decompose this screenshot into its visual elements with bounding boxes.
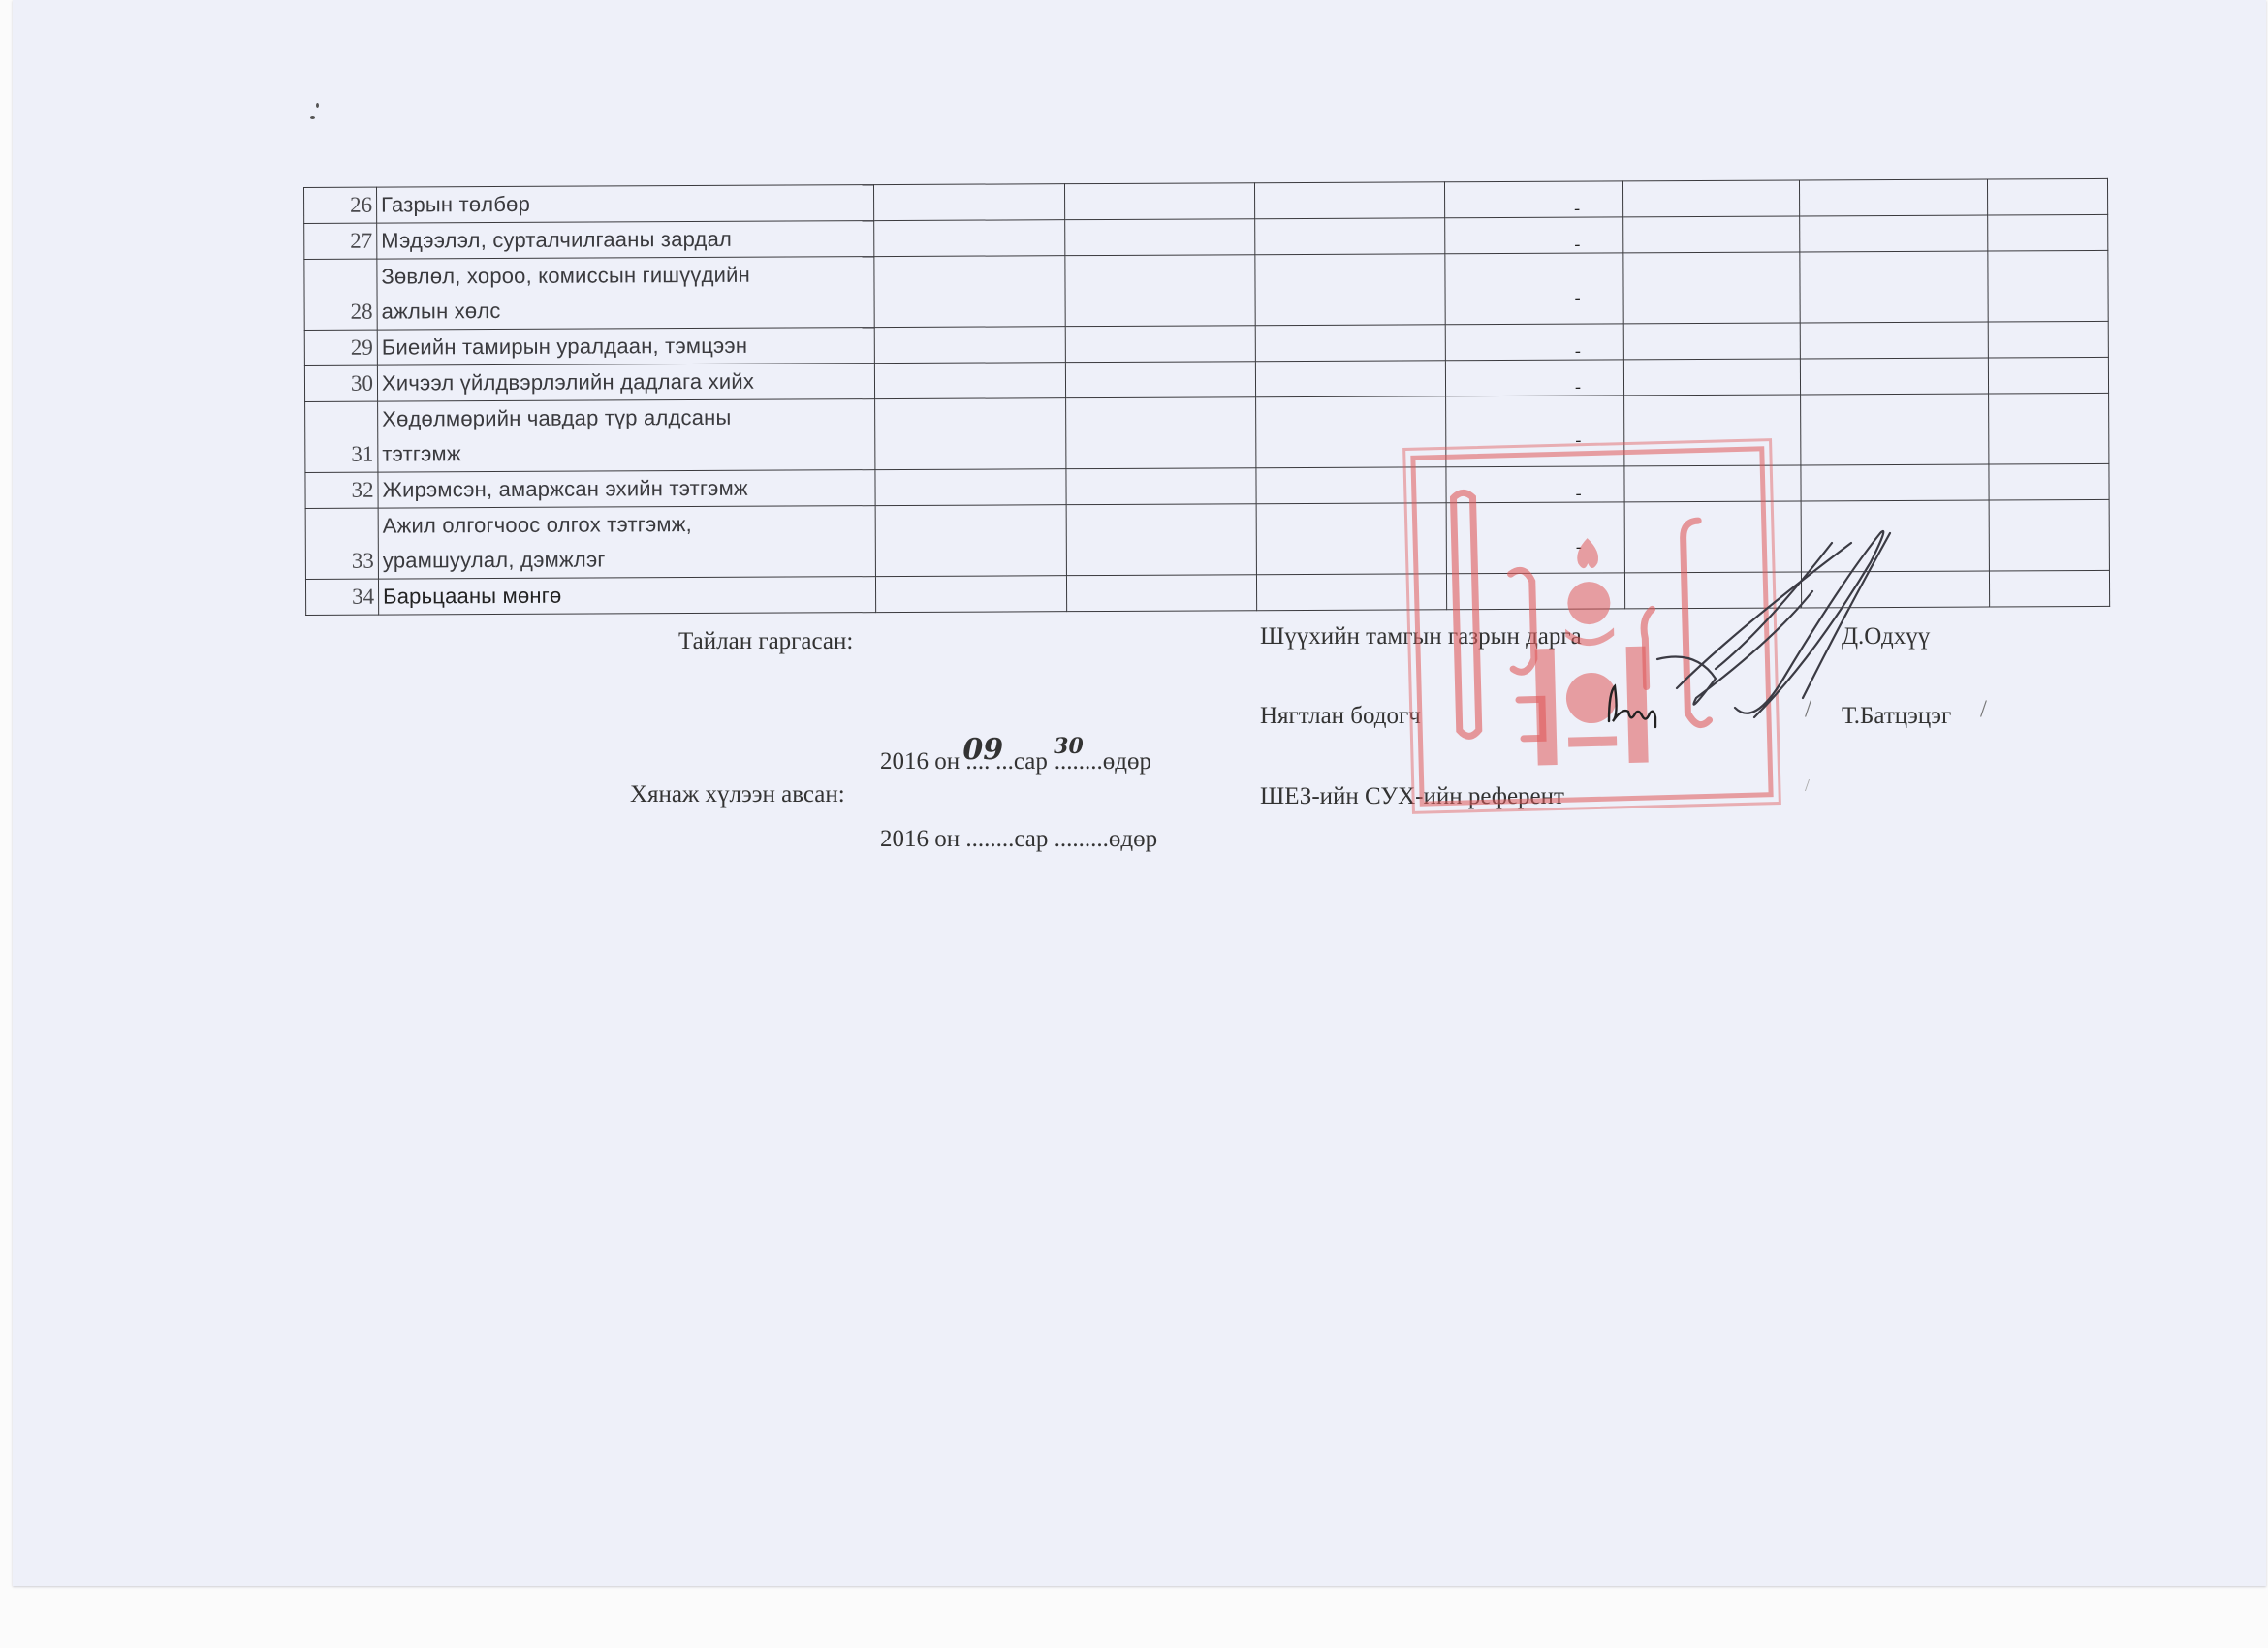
value-cell: [1624, 395, 1801, 466]
value-cell: [1065, 362, 1255, 398]
value-cell: [1623, 216, 1800, 253]
value-cell: [875, 469, 1066, 506]
value-cell: [873, 184, 1064, 221]
value-cell: -: [1444, 181, 1622, 218]
row-label-line: Газрын төлбөр: [381, 185, 873, 222]
value-cell: [1987, 178, 2107, 215]
row-label-line: Мэдээлэл, сурталчилгааны зардал: [381, 221, 873, 258]
value-cell: -: [1445, 253, 1623, 325]
value-cell: [1623, 252, 1800, 324]
value-cell: -: [1445, 324, 1623, 361]
dash-value: -: [1445, 235, 1622, 253]
prepared-date-year: 2016 он: [880, 748, 960, 775]
value-cell: [1800, 358, 1988, 395]
value-cell: [1622, 180, 1799, 217]
scan-speck: [310, 116, 315, 119]
official-title-3: ШЕЗ-ийн СУХ-ийн референт: [1260, 783, 1564, 810]
row-label-line: Биеийн тамирын уралдаан, тэмцээн: [382, 328, 874, 364]
dash-value: -: [1446, 341, 1623, 360]
row-number: 29: [304, 330, 377, 365]
row-label: Биеийн тамирын уралдаан, тэмцээн: [377, 328, 874, 366]
official-name-2: Т.Батцэцэг: [1842, 703, 1966, 730]
value-cell: [1624, 572, 1801, 609]
dash-value: -: [1447, 484, 1624, 502]
value-cell: [1256, 396, 1446, 468]
value-cell: [1066, 504, 1256, 576]
row-label-line: Жирэмсэн, амаржсан эхийн тэтгэмж: [382, 470, 874, 507]
value-cell: [1256, 467, 1446, 504]
value-cell: [1255, 361, 1445, 397]
value-cell: [1446, 573, 1624, 610]
prepared-by-label: Тайлан гаргасан:: [678, 628, 853, 655]
value-cell: [1255, 325, 1445, 362]
reviewed-by-label: Хянаж хүлээн авсан:: [630, 781, 845, 808]
value-cell: [1066, 468, 1256, 505]
value-cell: [1064, 183, 1254, 220]
value-cell: [1989, 499, 2109, 571]
value-cell: [1801, 464, 1989, 501]
row-label-line: Барьцааны мөнгө: [383, 577, 875, 614]
row-label: Хичээл үйлдвэрлэлийн дадлага хийх: [377, 364, 874, 402]
value-cell: [1799, 179, 1987, 216]
value-cell: -: [1445, 360, 1623, 396]
value-cell: [1623, 323, 1800, 360]
value-cell: [1988, 250, 2108, 322]
dash-value: -: [1445, 199, 1622, 217]
value-cell: [874, 327, 1065, 364]
value-cell: [1065, 219, 1255, 256]
row-number: 32: [305, 472, 378, 508]
value-cell: [1255, 218, 1445, 255]
value-cell: [1256, 503, 1446, 575]
value-cell: [1624, 465, 1801, 502]
row-label: Зөвлөл, хороо, комиссын гишүүдийнажлын х…: [377, 257, 874, 331]
row-label: Барьцааны мөнгө: [378, 577, 875, 616]
prepared-date-month: 09: [962, 733, 1003, 767]
official-title-1: Шүүхийн тамгын газрын дарга: [1260, 623, 1582, 650]
row-label: Ажил олгогчоос олгох тэтгэмж,урамшуулал,…: [378, 506, 875, 580]
value-cell: [1800, 322, 1988, 359]
row-number: 34: [305, 579, 378, 615]
prepared-date: 2016 он ....09...сар 30........өдөр: [880, 743, 1151, 776]
row-number: 28: [304, 259, 377, 330]
table-row: 31Хөдөлмөрийн чавдар түр алдсанытэтгэмж-: [305, 393, 2109, 472]
row-number: 33: [305, 508, 378, 579]
slash-mark: /: [1980, 696, 1987, 723]
value-cell: -: [1445, 217, 1623, 254]
reviewed-date: 2016 он ........сар .........өдөр: [880, 826, 1157, 853]
row-label-line: Зөвлөл, хороо, комиссын гишүүдийн: [381, 257, 873, 294]
row-label: Газрын төлбөр: [377, 185, 874, 224]
dash-value: -: [1446, 377, 1623, 396]
row-number: 31: [305, 401, 378, 472]
value-cell: [1801, 394, 1989, 465]
official-title-2: Нягтлан бодогч: [1260, 703, 1421, 730]
dash-value: -: [1446, 430, 1623, 449]
value-cell: [1623, 359, 1800, 396]
value-cell: [1066, 397, 1256, 469]
value-cell: -: [1446, 466, 1624, 503]
prepared-date-day: 30: [1054, 734, 1084, 759]
table-row: 33Ажил олгогчоос олгох тэтгэмж,урамшуула…: [305, 499, 2109, 579]
value-cell: [875, 576, 1066, 613]
value-cell: [1988, 321, 2108, 358]
row-number: 27: [304, 223, 377, 259]
row-label: Жирэмсэн, амаржсан эхийн тэтгэмж: [378, 470, 875, 509]
value-cell: [874, 256, 1065, 328]
expense-table: 26Газрын төлбөр-27Мэдээлэл, сурталчилгаа…: [303, 178, 2110, 616]
value-cell: [1989, 570, 2109, 607]
value-cell: [1255, 254, 1445, 326]
value-cell: [875, 398, 1066, 470]
value-cell: -: [1446, 396, 1624, 467]
value-cell: [1989, 463, 2109, 500]
row-number: 30: [304, 365, 377, 401]
slash-mark: /: [1805, 696, 1811, 723]
value-cell: [875, 505, 1066, 577]
row-label-line: Хичээл үйлдвэрлэлийн дадлага хийх: [382, 364, 874, 400]
official-name-1: Д.Одхүү: [1842, 623, 1930, 650]
value-cell: [1800, 215, 1988, 252]
row-label-line: Ажил олгогчоос олгох тэтгэмж,: [383, 506, 875, 543]
value-cell: [1066, 575, 1256, 612]
value-cell: [874, 363, 1065, 399]
row-label-line: урамшуулал, дэмжлэг: [383, 541, 875, 578]
row-number: 26: [304, 187, 377, 223]
value-cell: [1801, 571, 1989, 608]
slash-mark: /: [1805, 776, 1810, 796]
value-cell: [1254, 182, 1444, 219]
value-cell: [1801, 500, 1989, 572]
row-label-line: тэтгэмж: [382, 434, 874, 471]
table-row: 28Зөвлөл, хороо, комиссын гишүүдийнажлын…: [304, 250, 2108, 330]
value-cell: [1800, 251, 1988, 323]
value-cell: [1256, 574, 1446, 611]
dash-value: -: [1447, 537, 1624, 555]
dash-value: -: [1446, 288, 1623, 306]
row-label: Мэдээлэл, сурталчилгааны зардал: [377, 221, 874, 260]
value-cell: [874, 220, 1065, 257]
value-cell: -: [1446, 502, 1624, 574]
value-cell: [1988, 357, 2108, 394]
value-cell: [1988, 214, 2108, 251]
row-label-line: ажлын хөлс: [382, 292, 874, 329]
value-cell: [1624, 501, 1801, 573]
row-label-line: Хөдөлмөрийн чавдар түр алдсаны: [382, 399, 874, 436]
row-label: Хөдөлмөрийн чавдар түр алдсанытэтгэмж: [378, 399, 875, 473]
value-cell: [1065, 326, 1255, 363]
value-cell: [1065, 255, 1255, 327]
value-cell: [1989, 393, 2109, 464]
scan-speck: [316, 103, 319, 108]
